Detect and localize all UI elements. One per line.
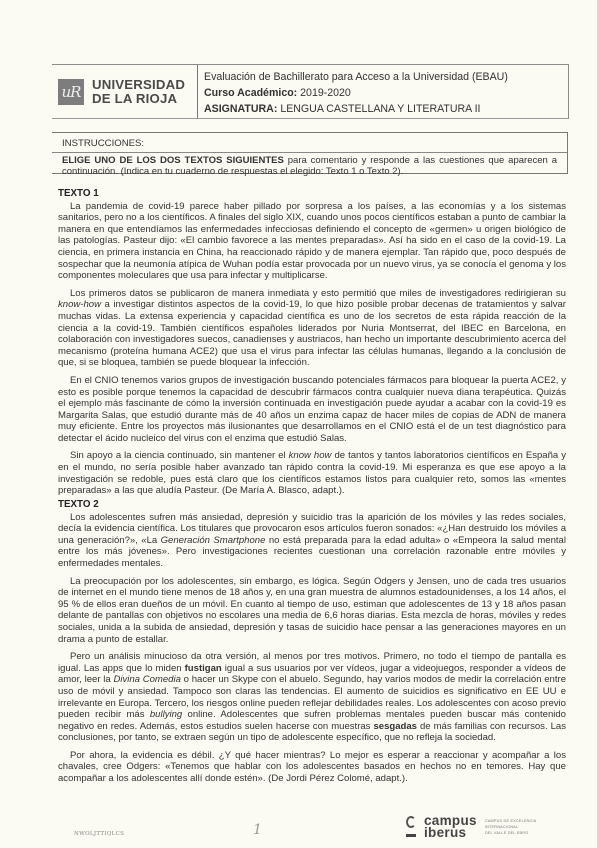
text-span: a investigar distintos aspectos de la co… — [58, 299, 566, 368]
texto-1-paragraph-3: En el CNIO tenemos varios grupos de inve… — [58, 375, 566, 445]
texto-2-paragraph-4: Por ahora, la evidencia es débil. ¿Y qué… — [58, 750, 566, 785]
texto-1-title: TEXTO 1 — [58, 188, 566, 200]
bold-term: sesgadas — [373, 721, 417, 732]
texto-2-title: TEXTO 2 — [58, 499, 566, 511]
texto-2: TEXTO 2 Los adolescentes sufren más ansi… — [58, 499, 566, 791]
campus-iberus-logo: campus iberus CAMPUS DE EXCELENCIA INTER… — [405, 814, 537, 840]
campus-wordmark: campus iberus — [424, 815, 477, 839]
campus-sub-line3: DEL VALLE DEL EBRO — [485, 830, 537, 836]
italic-term: Generación Smartphone — [161, 535, 266, 546]
bold-term: fustigan — [185, 663, 222, 674]
italic-term: bullying — [150, 709, 182, 720]
course-value: 2019-2020 — [297, 87, 351, 99]
subject-value: LENGUA CASTELLANA Y LITERATURA II — [277, 103, 480, 115]
campus-word-line2: iberus — [424, 827, 477, 839]
instructions-body: ELIGE UNO DE LOS DOS TEXTOS SIGUIENTES p… — [52, 153, 567, 177]
text-span: Los primeros datos se publicaron de mane… — [70, 288, 566, 299]
texto-2-paragraph-3: Pero un análisis minucioso da otra versi… — [58, 651, 566, 744]
university-name: UNIVERSIDAD DE LA RIOJA — [92, 78, 185, 106]
exam-page: uR UNIVERSIDAD DE LA RIOJA Evaluación de… — [0, 0, 599, 848]
university-name-line2: DE LA RIOJA — [92, 92, 185, 106]
italic-term: know how — [289, 450, 332, 461]
texto-1: TEXTO 1 La pandemia de covid-19 parece h… — [58, 188, 566, 503]
texto-1-paragraph-1: La pandemia de covid-19 parece haber pil… — [58, 201, 566, 282]
subject-line: ASIGNATURA: LENGUA CASTELLANA Y LITERATU… — [204, 101, 508, 117]
italic-term: know-how — [58, 299, 101, 310]
subject-label: ASIGNATURA: — [204, 103, 277, 115]
text-span: Sin apoyo a la ciencia continuado, sin m… — [70, 450, 289, 461]
exam-info: Evaluación de Bachillerato para Acceso a… — [198, 65, 508, 118]
campus-iberus-icon — [405, 814, 419, 840]
texto-2-paragraph-2: La preocupación por los adolescentes, si… — [58, 576, 566, 646]
instructions-heading: INSTRUCCIONES: — [52, 133, 567, 153]
handwritten-page-mark: 1 — [253, 822, 262, 838]
campus-subtitle: CAMPUS DE EXCELENCIA INTERNACIONAL DEL V… — [485, 818, 537, 836]
document-code: NWOLJTTIQLCS — [74, 831, 124, 837]
university-branding: uR UNIVERSIDAD DE LA RIOJA — [52, 65, 198, 118]
course-label: Curso Académico: — [204, 87, 297, 99]
exam-title: Evaluación de Bachillerato para Acceso a… — [204, 69, 508, 85]
instructions-lead: ELIGE UNO DE LOS DOS TEXTOS SIGUIENTES — [62, 155, 284, 166]
texto-2-paragraph-1: Los adolescentes sufren más ansiedad, de… — [58, 512, 566, 570]
texto-1-paragraph-2: Los primeros datos se publicaron de mane… — [58, 288, 566, 369]
italic-term: Divina Comedia — [113, 674, 180, 685]
university-name-line1: UNIVERSIDAD — [92, 78, 185, 92]
exam-header: uR UNIVERSIDAD DE LA RIOJA Evaluación de… — [52, 64, 569, 119]
university-logo-icon: uR — [58, 79, 84, 105]
texto-1-paragraph-4: Sin apoyo a la ciencia continuado, sin m… — [58, 450, 566, 496]
course-line: Curso Académico: 2019-2020 — [204, 85, 508, 101]
instructions-box: INSTRUCCIONES: ELIGE UNO DE LOS DOS TEXT… — [52, 132, 568, 174]
